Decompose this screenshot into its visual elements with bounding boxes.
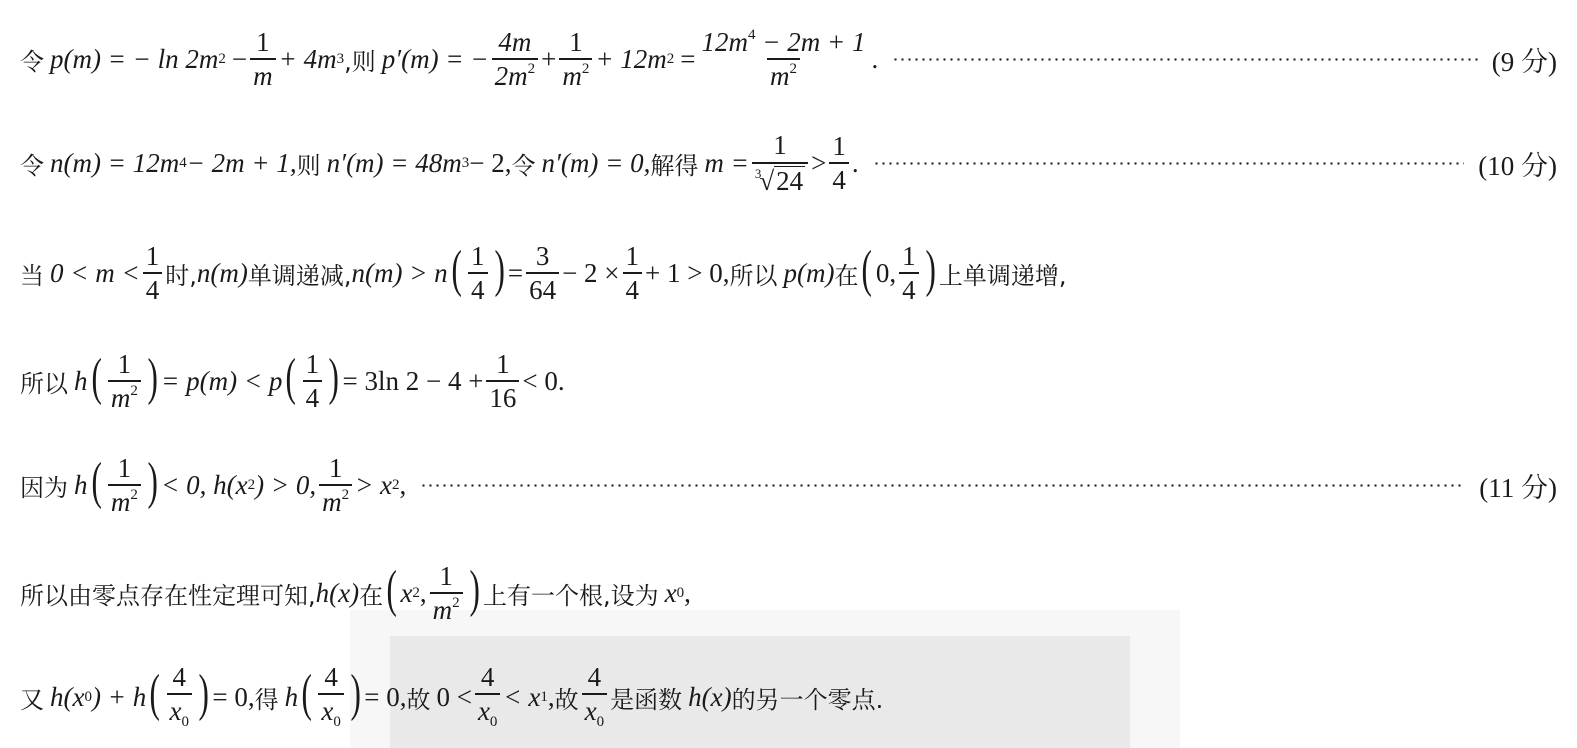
text: 上有一个根,设为	[483, 576, 659, 611]
text: 令	[20, 146, 44, 181]
math-text: 2m	[495, 61, 528, 91]
numerator: 1	[899, 242, 919, 272]
numerator: 1	[115, 350, 135, 380]
operator: =	[680, 44, 695, 75]
right-paren: )	[925, 244, 935, 296]
subscript: 0	[84, 689, 92, 706]
denominator: 2m2	[492, 58, 539, 90]
math-text: + 12m	[595, 44, 666, 75]
math-text: x	[665, 578, 677, 609]
numerator: 1	[326, 454, 346, 484]
math-text: + 4m	[279, 44, 337, 75]
subscript: 1	[540, 689, 548, 706]
numerator: 4m	[495, 28, 534, 58]
exponent: 2	[218, 51, 226, 68]
math-text: = 0,	[364, 682, 406, 713]
solution-line-4: 所以 h (1m2) = p(m) < p (14) = 3ln 2 − 4 +…	[20, 340, 1557, 422]
denominator: 4	[143, 272, 163, 304]
right-paren: )	[329, 352, 339, 404]
exponent: 2	[528, 61, 536, 77]
denominator: 64	[526, 272, 559, 304]
right-paren: )	[198, 668, 208, 720]
math-text: m	[770, 61, 790, 91]
math-text: h	[74, 366, 88, 397]
left-paren: (	[302, 668, 312, 720]
denominator: m2	[430, 592, 463, 624]
math-text: n(m)	[197, 258, 248, 289]
comma: ,	[420, 578, 427, 609]
period: .	[852, 148, 859, 179]
score-label: (10 分)	[1478, 144, 1557, 183]
comma: ,	[548, 682, 555, 713]
math-text: − 2m + 1,	[187, 148, 297, 179]
math-text: m	[433, 595, 453, 625]
denominator: 4	[623, 272, 643, 304]
math-text: − 2m + 1	[756, 27, 866, 57]
left-paren: (	[91, 352, 101, 404]
text: 所以	[20, 364, 68, 399]
math-text: = 3ln 2 − 4 +	[342, 366, 483, 397]
dotted-leader	[892, 58, 1478, 61]
subscript: 0	[333, 714, 341, 730]
right-paren: )	[494, 244, 504, 296]
math-text: n′(m) = 0,	[542, 148, 651, 179]
numerator: 1	[566, 28, 586, 58]
fraction: 14	[303, 350, 323, 413]
math-text: h(x)	[688, 682, 731, 713]
solution-line-5: 因为 h (1m2) < 0, h(x2) > 0, 1m2 > x2, (11…	[20, 444, 1557, 526]
fraction: 13√24	[752, 131, 808, 195]
subscript: 0	[182, 714, 190, 730]
fraction: 1m2	[108, 350, 141, 413]
text: 在	[834, 256, 858, 291]
math-text: − 2 ×	[562, 258, 619, 289]
fraction: 1m	[250, 28, 276, 91]
subscript: 2	[412, 585, 420, 602]
subscript: 2	[392, 477, 400, 494]
fraction: 14	[899, 242, 919, 305]
text: 故	[406, 680, 430, 715]
fraction: 14	[623, 242, 643, 305]
fraction: 4m2m2	[492, 28, 539, 91]
math-text: ) > 0,	[255, 470, 316, 501]
text: 所以由零点存在性定理可知,	[20, 576, 316, 611]
numerator: 1	[770, 131, 790, 161]
math-text: h	[285, 682, 299, 713]
denominator: 4	[829, 162, 849, 194]
numerator: 1	[115, 454, 135, 484]
math-text: x	[585, 696, 597, 726]
text: 当	[20, 256, 44, 291]
radicand: 24	[774, 166, 805, 195]
math-text: ) + h	[92, 682, 146, 713]
numerator: 4	[478, 663, 498, 693]
text: 单调递减,	[248, 256, 352, 291]
comma: ,	[684, 578, 691, 609]
text: 解得	[650, 146, 698, 181]
math-text: x	[478, 696, 490, 726]
math-text: x	[170, 696, 182, 726]
denominator: 4	[899, 272, 919, 304]
text: 上单调递增,	[939, 256, 1067, 291]
dotted-leader	[420, 484, 1465, 487]
math-text: + 1 > 0,	[645, 258, 729, 289]
math-text: n′(m) = 48m	[327, 148, 462, 179]
math-text: x	[400, 578, 412, 609]
exponent: 2	[452, 595, 460, 611]
formula: 所以 h (1m2) = p(m) < p (14) = 3ln 2 − 4 +…	[20, 350, 565, 413]
left-paren: (	[387, 564, 397, 616]
formula: 令 p(m) = − ln 2m2 − 1m + 4m3 ,则 p′(m) = …	[20, 28, 878, 91]
math-text: n(m) > n	[351, 258, 447, 289]
math-text: p(m) = − ln 2m	[50, 44, 218, 75]
exponent: 2	[667, 51, 675, 68]
left-paren: (	[451, 244, 461, 296]
numerator: 4	[585, 663, 605, 693]
text: 令	[512, 146, 536, 181]
right-paren: )	[147, 352, 157, 404]
fraction: 4x0	[318, 663, 343, 731]
solution-line-3: 当 0 < m < 14 时, n(m) 单调递减, n(m) > n (14)…	[20, 232, 1557, 314]
left-paren: (	[91, 456, 101, 508]
exponent: 3	[337, 51, 345, 68]
subscript: 0	[677, 585, 685, 602]
exponent: 2	[582, 61, 590, 77]
solution-line-6: 所以由零点存在性定理可知, h(x) 在 (x2,1m2) 上有一个根,设为 x…	[20, 552, 1557, 634]
exponent: 2	[342, 487, 350, 503]
exponent: 2	[130, 487, 138, 503]
numerator: 1	[623, 242, 643, 272]
left-paren: (	[286, 352, 296, 404]
math-text: m	[111, 487, 131, 517]
math-text: 0,	[876, 258, 896, 289]
text: 所以	[730, 256, 778, 291]
denominator: x0	[167, 693, 192, 731]
fraction: 1m2	[108, 454, 141, 517]
text: 得	[255, 680, 279, 715]
math-text: h	[74, 470, 88, 501]
math-text: m	[562, 61, 582, 91]
math-text: − 2,	[469, 148, 511, 179]
denominator: m2	[767, 58, 800, 90]
math-text: n(m) = 12m	[50, 148, 179, 179]
left-paren: (	[862, 244, 872, 296]
operator: −	[232, 44, 247, 75]
fraction: 1m2	[430, 562, 463, 625]
text: 是函数	[610, 680, 682, 715]
cube-root: 3√24	[752, 162, 808, 195]
score-label: (9 分)	[1492, 40, 1557, 79]
numerator: 1	[303, 350, 323, 380]
fraction: 14	[468, 242, 488, 305]
text: ,则	[344, 42, 376, 77]
denominator: 4	[303, 380, 323, 412]
numerator: 1	[436, 562, 456, 592]
subscript: 2	[248, 477, 256, 494]
text: 的另一个零点.	[732, 680, 884, 715]
exponent: 4	[179, 155, 187, 172]
math-text: > x	[355, 470, 392, 501]
fraction: 4x0	[475, 663, 500, 731]
numerator: 1	[253, 28, 273, 58]
fraction: 116	[486, 350, 519, 413]
operator: >	[811, 148, 826, 179]
math-text: = p(m) < p	[161, 366, 282, 397]
right-paren: )	[469, 564, 479, 616]
text: 又	[20, 680, 44, 715]
period: .	[871, 44, 878, 75]
formula: 因为 h (1m2) < 0, h(x2) > 0, 1m2 > x2,	[20, 454, 406, 517]
right-paren: )	[350, 668, 360, 720]
text: 令	[20, 42, 44, 77]
math-text: < 0, h(x	[161, 470, 247, 501]
math-text: h(x	[50, 682, 84, 713]
numerator: 4	[170, 663, 190, 693]
text: 故	[555, 680, 579, 715]
math-text: h(x)	[316, 578, 359, 609]
exponent: 2	[130, 383, 138, 399]
numerator: 1	[468, 242, 488, 272]
math-text: = 0,	[212, 682, 254, 713]
text: 在	[359, 576, 383, 611]
denominator: m	[250, 58, 276, 90]
fraction: 364	[526, 242, 559, 305]
math-text: m =	[704, 148, 748, 179]
text: 则	[297, 146, 321, 181]
exponent: 3	[462, 155, 470, 172]
root-index: 3	[755, 167, 762, 181]
numerator: 1	[829, 132, 849, 162]
dotted-leader	[873, 162, 1465, 165]
numerator: 3	[533, 242, 553, 272]
denominator: x0	[318, 693, 343, 731]
denominator: m2	[559, 58, 592, 90]
score-label: (11 分)	[1479, 466, 1557, 505]
numerator: 1	[493, 350, 513, 380]
denominator: m2	[108, 484, 141, 516]
left-paren: (	[150, 668, 160, 720]
text: 时,	[165, 256, 197, 291]
denominator: m2	[108, 380, 141, 412]
solution-line-7: 又 h(x0) + h (4x0) = 0, 得 h (4x0) = 0, 故 …	[20, 656, 1557, 738]
fraction: 1m2	[319, 454, 352, 517]
formula: 当 0 < m < 14 时, n(m) 单调递减, n(m) > n (14)…	[20, 242, 1067, 305]
fraction: 4x0	[167, 663, 192, 731]
operator: =	[508, 258, 523, 289]
numerator: 12m4 − 2m + 1	[699, 28, 869, 58]
text: 因为	[20, 468, 68, 503]
operator: +	[541, 44, 556, 75]
fraction: 12m4 − 2m + 1m2	[699, 28, 869, 91]
denominator: x0	[475, 693, 500, 731]
exponent: 2	[790, 61, 798, 77]
formula: 又 h(x0) + h (4x0) = 0, 得 h (4x0) = 0, 故 …	[20, 663, 883, 731]
fraction: 4x0	[582, 663, 607, 731]
math-text: 0 <	[436, 682, 471, 713]
numerator: 4	[321, 663, 341, 693]
subscript: 0	[597, 714, 605, 730]
math-text: < 0.	[522, 366, 564, 397]
math-text: x	[321, 696, 333, 726]
math-text: < x	[503, 682, 540, 713]
math-text: m	[322, 487, 342, 517]
fraction: 14	[829, 132, 849, 195]
denominator: x0	[582, 693, 607, 731]
denominator: m2	[319, 484, 352, 516]
numerator: 1	[143, 242, 163, 272]
math-text: p′(m) = −	[382, 44, 489, 75]
denominator: 16	[486, 380, 519, 412]
fraction: 1m2	[559, 28, 592, 91]
right-paren: )	[147, 456, 157, 508]
math-text: 0 < m <	[50, 258, 140, 289]
comma: ,	[400, 470, 407, 501]
formula: 所以由零点存在性定理可知, h(x) 在 (x2,1m2) 上有一个根,设为 x…	[20, 562, 691, 625]
solution-line-2: 令 n(m) = 12m4 − 2m + 1, 则 n′(m) = 48m3 −…	[20, 122, 1557, 204]
solution-line-1: 令 p(m) = − ln 2m2 − 1m + 4m3 ,则 p′(m) = …	[20, 18, 1557, 100]
math-text: 12m	[702, 27, 749, 57]
exponent: 4	[748, 27, 756, 43]
fraction: 14	[143, 242, 163, 305]
denominator: 4	[468, 272, 488, 304]
formula: 令 n(m) = 12m4 − 2m + 1, 则 n′(m) = 48m3 −…	[20, 131, 859, 195]
subscript: 0	[490, 714, 498, 730]
math-text: p(m)	[784, 258, 835, 289]
math-text: m	[111, 383, 131, 413]
